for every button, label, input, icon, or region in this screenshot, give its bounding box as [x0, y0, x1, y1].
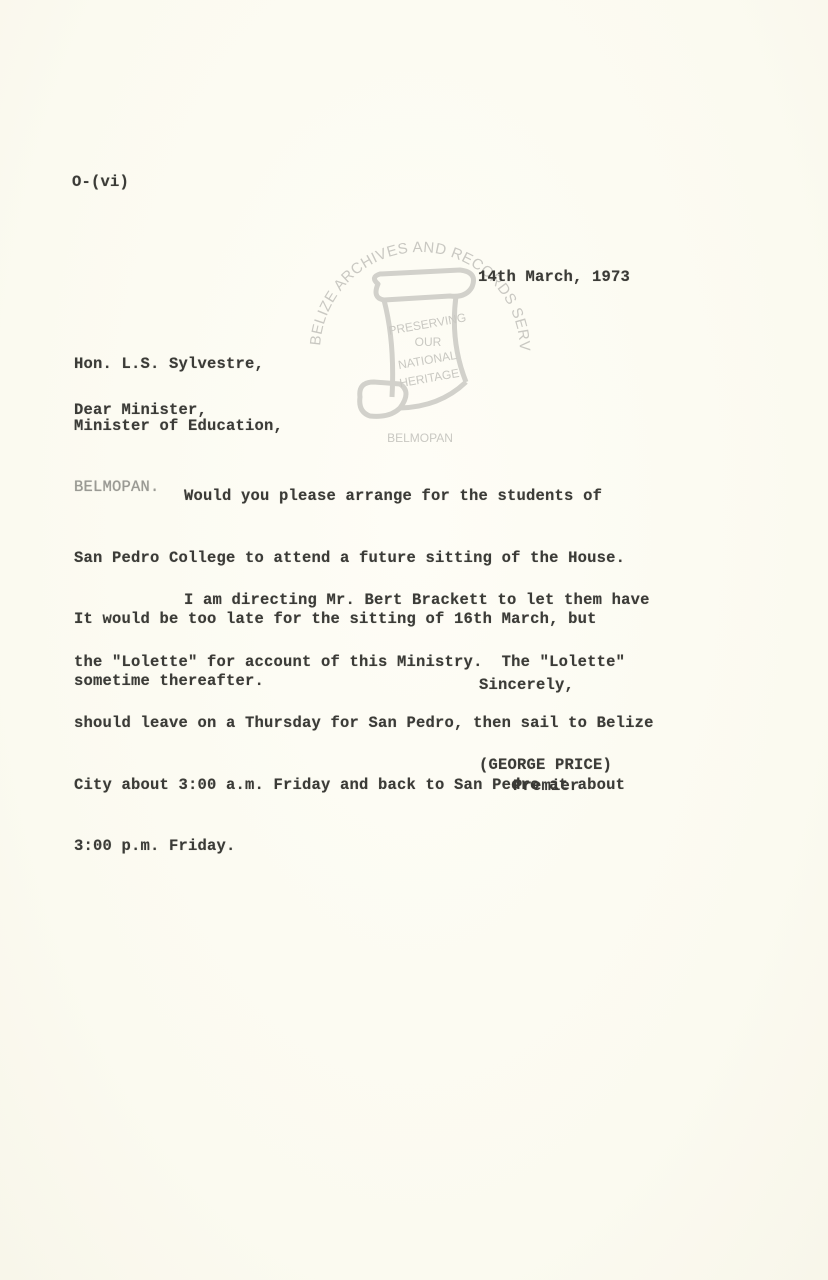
paragraph-line: I am directing Mr. Bert Brackett to let … — [74, 590, 654, 611]
paragraph-line: the "Lolette" for account of this Minist… — [74, 652, 654, 673]
salutation: Dear Minister, — [74, 400, 207, 421]
paragraph-line: should leave on a Thursday for San Pedro… — [74, 713, 654, 734]
closing: Sincerely, — [479, 675, 574, 696]
signatory-name: (GEORGE PRICE) — [479, 755, 612, 776]
paragraph-line: 3:00 p.m. Friday. — [74, 836, 654, 857]
paragraph-line: Would you please arrange for the student… — [74, 486, 625, 507]
body-paragraph-2: I am directing Mr. Bert Brackett to let … — [74, 549, 654, 877]
recipient-name: Hon. L.S. Sylvestre, — [74, 354, 283, 375]
signatory-title: Premier — [513, 776, 580, 797]
letter-date: 14th March, 1973 — [478, 267, 630, 288]
file-reference: O-(vi) — [72, 172, 129, 193]
